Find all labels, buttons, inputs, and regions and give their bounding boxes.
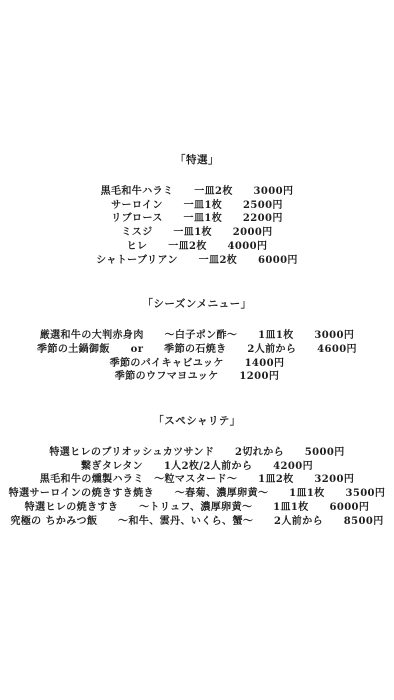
menu-item: 特選ヒレの焼きすき 〜トリュフ、濃厚卵黄〜 1皿1枚 6000円 [0,501,394,515]
menu-item: ミスジ 一皿1枚 2000円 [0,226,394,240]
menu-section-specialite: 「スペシャリテ」 特選ヒレのブリオッシュカツサンド 2切れから 5000円 繋ぎ… [0,414,394,528]
menu-section-season: 「シーズンメニュー」 厳選和牛の大判赤身肉 〜白子ポン酢〜 1皿1枚 3000円… [0,297,394,384]
menu-item: 季節のウフマヨユッケ 1200円 [0,370,394,384]
menu-item: 特選サーロインの焼きすき焼き 〜春菊、濃厚卵黄〜 1皿1枚 3500円 [0,487,394,501]
menu-item: サーロイン 一皿1枚 2500円 [0,199,394,213]
section-title-tokusen: 「特選」 [0,153,394,167]
menu-item: 季節の土鍋御飯 or 季節の石焼き 2人前から 4600円 [0,343,394,357]
menu-item: 黒毛和牛ハラミ 一皿2枚 3000円 [0,185,394,199]
menu-item-list: 黒毛和牛ハラミ 一皿2枚 3000円 サーロイン 一皿1枚 2500円 リブロー… [0,185,394,267]
section-title-season: 「シーズンメニュー」 [0,297,394,311]
menu-item-list: 特選ヒレのブリオッシュカツサンド 2切れから 5000円 繋ぎタレタン 1人2枚… [0,446,394,528]
menu-item: 黒毛和牛の燻製ハラミ 〜粒マスタード〜 1皿2枚 3200円 [0,473,394,487]
menu-item: 究極の ちかみつ飯 〜和牛、雲丹、いくら、蟹〜 2人前から 8500円 [0,515,394,529]
menu-section-tokusen: 「特選」 黒毛和牛ハラミ 一皿2枚 3000円 サーロイン 一皿1枚 2500円… [0,153,394,267]
menu-item: リブロース 一皿1枚 2200円 [0,212,394,226]
menu-item: 繋ぎタレタン 1人2枚/2人前から 4200円 [0,460,394,474]
menu-item: 特選ヒレのブリオッシュカツサンド 2切れから 5000円 [0,446,394,460]
menu-item: シャトーブリアン 一皿2枚 6000円 [0,254,394,268]
menu-item: ヒレ 一皿2枚 4000円 [0,240,394,254]
menu-page: 「特選」 黒毛和牛ハラミ 一皿2枚 3000円 サーロイン 一皿1枚 2500円… [0,0,394,700]
menu-item: 厳選和牛の大判赤身肉 〜白子ポン酢〜 1皿1枚 3000円 [0,329,394,343]
menu-item-list: 厳選和牛の大判赤身肉 〜白子ポン酢〜 1皿1枚 3000円 季節の土鍋御飯 or… [0,329,394,384]
menu-item: 季節のパイキャビユッケ 1400円 [0,357,394,371]
section-title-specialite: 「スペシャリテ」 [0,414,394,428]
